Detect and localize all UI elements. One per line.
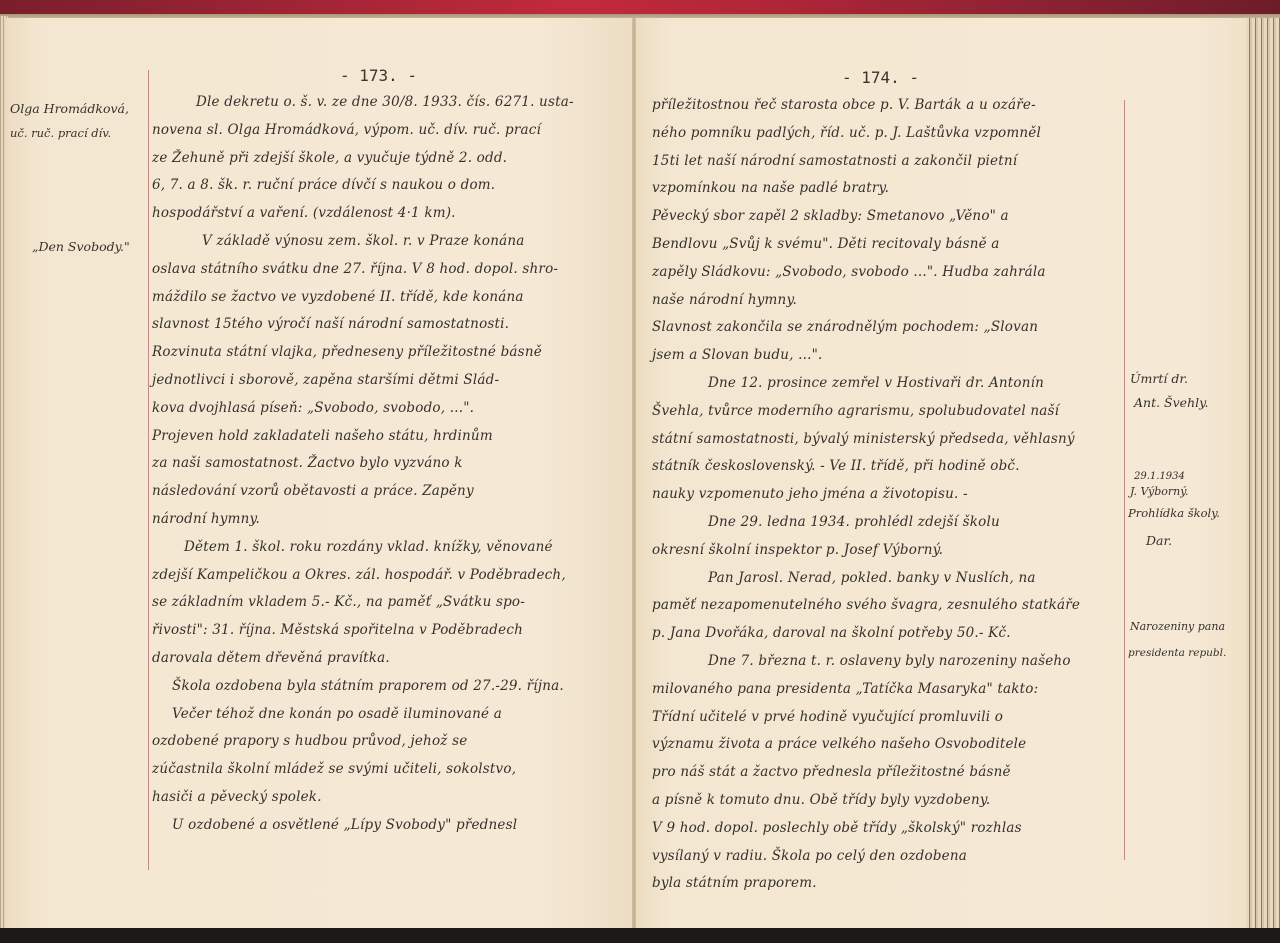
- text-line: ného pomníku padlých, říd. uč. p. J. Laš…: [652, 120, 1122, 148]
- left-margin-line: [148, 70, 149, 870]
- text-line: hospodářství a vaření. (vzdálenost 4·1 k…: [152, 200, 624, 228]
- text-line: Rozvinuta státní vlajka, předneseny příl…: [152, 339, 624, 367]
- text-line: máždilo se žactvo ve vyzdobené II. třídě…: [152, 284, 624, 312]
- text-line: milovaného pana presidenta „Tatíčka Masa…: [652, 676, 1122, 704]
- page-number-left: - 173. -: [340, 66, 417, 85]
- margin-note: „Den Svobody.": [32, 234, 130, 260]
- margin-note: Úmrtí dr.: [1130, 366, 1188, 392]
- text-line: Dětem 1. škol. roku rozdány vklad. knížk…: [152, 534, 624, 562]
- text-line: Pan Jarosl. Nerad, pokled. banky v Nuslí…: [652, 565, 1122, 593]
- text-line: zdejší Kampeličkou a Okres. zál. hospodá…: [152, 562, 624, 590]
- text-line: 15ti let naší národní samostatnosti a za…: [652, 148, 1122, 176]
- margin-note: Prohlídka školy.: [1128, 500, 1220, 526]
- text-line: příležitostnou řeč starosta obce p. V. B…: [652, 92, 1122, 120]
- text-line: státník československý. - Ve II. třídě, …: [652, 453, 1122, 481]
- text-line: novena sl. Olga Hromádková, výpom. uč. d…: [152, 117, 624, 145]
- text-line: a písně k tomuto dnu. Obě třídy byly vyz…: [652, 787, 1122, 815]
- text-line: Dne 12. prosince zemřel v Hostivaři dr. …: [652, 370, 1122, 398]
- text-line: U ozdobené a osvětlené „Lípy Svobody" př…: [152, 812, 624, 840]
- text-line: ze Žehuně při zdejší škole, a vyučuje tý…: [152, 145, 624, 173]
- left-page-text: Dle dekretu o. š. v. ze dne 30/8. 1933. …: [152, 89, 624, 840]
- text-line: vysílaný v radiu. Škola po celý den ozdo…: [652, 843, 1122, 871]
- text-line: jednotlivci i sborově, zapěna staršími d…: [152, 367, 624, 395]
- margin-note: Ant. Švehly.: [1134, 390, 1209, 416]
- margin-note: Dar.: [1146, 528, 1172, 554]
- margin-note: Olga Hromádková,: [10, 96, 129, 122]
- text-line: p. Jana Dvořáka, daroval na školní potře…: [652, 620, 1122, 648]
- text-line: zapěly Sládkovu: „Svobodo, svobodo ...".…: [652, 259, 1122, 287]
- margin-note: presidenta republ.: [1128, 640, 1226, 666]
- text-line: pro náš stát a žactvo přednesla příležit…: [652, 759, 1122, 787]
- text-line: oslava státního svátku dne 27. října. V …: [152, 256, 624, 284]
- text-line: slavnost 15tého výročí naší národní samo…: [152, 311, 624, 339]
- text-line: V 9 hod. dopol. poslechly obě třídy „ško…: [652, 815, 1122, 843]
- text-line: za naši samostatnost. Žactvo bylo vyzván…: [152, 450, 624, 478]
- book-gutter: [632, 18, 636, 928]
- text-line: Slavnost zakončila se znárodnělým pochod…: [652, 314, 1122, 342]
- text-line: okresní školní inspektor p. Josef Výborn…: [652, 537, 1122, 565]
- text-line: jsem a Slovan budu, ...".: [652, 342, 1122, 370]
- margin-note-signature: J. Výborný.: [1130, 484, 1189, 500]
- text-line: paměť nezapomenutelného svého švagra, ze…: [652, 592, 1122, 620]
- text-line: Švehla, tvůrce moderního agrarismu, spol…: [652, 398, 1122, 426]
- text-line: zúčastnila školní mládež se svými učitel…: [152, 756, 624, 784]
- margin-note: uč. ruč. prací dív.: [10, 120, 111, 146]
- margin-note-date: 29.1.1934: [1134, 470, 1185, 484]
- text-line: významu života a práce velkého našeho Os…: [652, 731, 1122, 759]
- page-number-right: - 174. -: [842, 68, 919, 87]
- book-bottom-shadow: [0, 928, 1280, 943]
- text-line: Třídní učitelé v prvé hodině vyučující p…: [652, 704, 1122, 732]
- text-line: Dne 7. března t. r. oslaveny byly naroze…: [652, 648, 1122, 676]
- text-line: darovala dětem dřevěná pravítka.: [152, 645, 624, 673]
- text-line: Dne 29. ledna 1934. prohlédl zdejší škol…: [652, 509, 1122, 537]
- text-line: 6, 7. a 8. šk. r. ruční práce dívčí s na…: [152, 172, 624, 200]
- text-line: státní samostatnosti, bývalý ministerský…: [652, 426, 1122, 454]
- text-line: následování vzorů obětavosti a práce. Za…: [152, 478, 624, 506]
- margin-note: Narozeniny pana: [1130, 614, 1225, 640]
- text-line: kova dvojhlasá píseň: „Svobodo, svobodo,…: [152, 395, 624, 423]
- text-line: Dle dekretu o. š. v. ze dne 30/8. 1933. …: [152, 89, 624, 117]
- text-line: vzpomínkou na naše padlé bratry.: [652, 175, 1122, 203]
- text-line: Bendlovu „Svůj k svému". Děti recitovaly…: [652, 231, 1122, 259]
- right-page-text: příležitostnou řeč starosta obce p. V. B…: [652, 92, 1122, 898]
- right-margin-line: [1124, 100, 1125, 860]
- text-line: Pěvecký sbor zapěl 2 skladby: Smetanovo …: [652, 203, 1122, 231]
- text-line: ozdobené prapory s hudbou průvod, jehož …: [152, 728, 624, 756]
- text-line: Projeven hold zakladateli našeho státu, …: [152, 423, 624, 451]
- text-line: byla státním praporem.: [652, 870, 1122, 898]
- text-line: naše národní hymny.: [652, 287, 1122, 315]
- text-line: nauky vzpomenuto jeho jména a životopisu…: [652, 481, 1122, 509]
- right-page-stack: [1246, 18, 1280, 930]
- text-line: řivosti": 31. října. Městská spořitelna …: [152, 617, 624, 645]
- text-line: národní hymny.: [152, 506, 624, 534]
- text-line: V základě výnosu zem. škol. r. v Praze k…: [152, 228, 624, 256]
- text-line: se základním vkladem 5.- Kč., na paměť „…: [152, 589, 624, 617]
- text-line: hasiči a pěvecký spolek.: [152, 784, 624, 812]
- text-line: Večer téhož dne konán po osadě iluminova…: [152, 701, 624, 729]
- text-line: Škola ozdobena byla státním praporem od …: [152, 673, 624, 701]
